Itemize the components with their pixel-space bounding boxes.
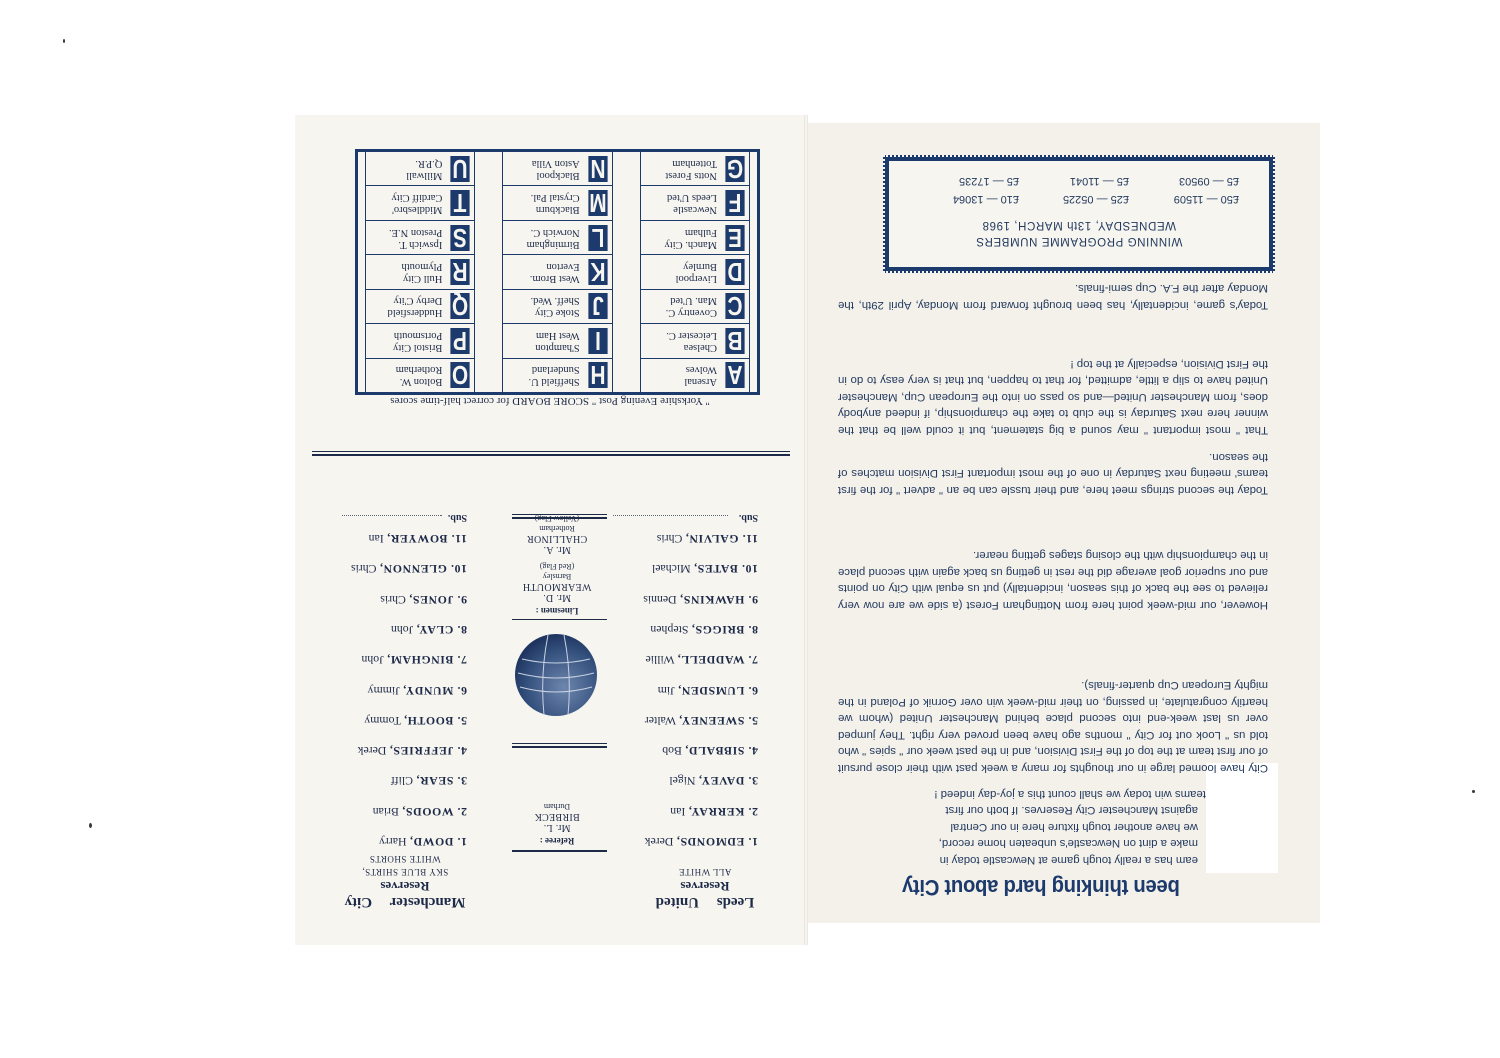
player-surname: 1. DOWD, [409,835,467,849]
player-row: 10. GLENNON, Chris [351,546,467,576]
scoreboard-grid: AArsenalWolvesBChelseaLeicester C.CCoven… [355,149,760,395]
scoreboard-letter: P [451,328,470,354]
home-sub-line [613,515,728,516]
player-first-name: Harry [379,835,409,849]
intro-line: against Manchester City Reserves. If bot… [838,802,1268,819]
scan-speck [63,39,65,43]
referee-label: Referee : [507,836,607,846]
white-sticker-patch [1206,763,1278,873]
player-row: 5. SWEENEY, Walter [643,698,758,728]
away-team-header: Manchester City Reserves SKY BLUE SHIRTS… [330,853,480,910]
scoreboard-cell: IS'hamptonWest Ham [503,323,611,357]
divider [512,743,607,744]
referee-surname: BIRBECK [507,811,607,822]
scoreboard-letter: Q [451,293,470,319]
scoreboard-letter: H [588,362,607,388]
player-row: 10. BATES, Michael [643,546,758,576]
fixture-team: Sheffield U. [529,375,580,387]
scoreboard-fixture: Middlesbro'Cardiff City [391,191,442,215]
player-surname: 1. EDMONDS, [676,835,758,849]
scoreboard-letter: R [451,259,470,285]
fixture-team: Bolton W. [396,375,443,387]
scoreboard-fixture: S'hamptonWest Ham [535,329,579,353]
scoreboard-fixture: Hull CityPlymouth [402,260,443,284]
scoreboard-letter: E [725,225,744,251]
player-row: 8. BRIGGS, Stephen [643,607,758,637]
scoreboard-letter: N [588,156,607,182]
intro-line: make a dint on Newcastle's unbeaten home… [838,835,1268,852]
scan-speck [89,823,92,828]
scoreboard-letter: B [725,328,744,354]
fixture-team: Aston Villa [532,157,580,169]
player-row: 2. WOODS, Brian [351,788,467,818]
fixture-team: Tottenham [665,157,717,169]
player-surname: 9. JONES, [409,593,467,607]
away-lineup: 1. DOWD, Harry2. WOODS, Brian3. SEAR, Cl… [351,516,467,849]
fixture-team: Man. U'ted [666,294,717,306]
scoreboard-cell: JStoke CitySheff. Wed. [503,289,611,323]
fixture-team: Sunderland [529,363,580,375]
scoreboard-fixture: LiverpoolBurnley [676,260,717,284]
headline-text: been thinking hard about City [902,875,1180,900]
scoreboard-fixture: Ipswich T.Preston N.E. [389,226,442,250]
fixture-team: Hull City [402,272,443,284]
player-surname: 4. SIBBALD, [685,744,758,758]
scoreboard-cell: UMillwallQ.P.R. [366,152,474,185]
player-first-name: Chris [380,593,409,607]
fixture-team: Everton [530,260,580,272]
scoreboard-cell: EManch. CityFulham [641,220,749,254]
away-team-name: Manchester City [330,893,480,910]
player-first-name: Michael [652,562,694,576]
fixture-team: Leeds U'ted [667,191,717,203]
player-first-name: John [361,653,386,667]
intro-line: we have another tough fixture here in ou… [838,818,1268,835]
linesman-flag: (Red Flag) [507,561,607,571]
player-surname: 6. LUMSDEN, [678,684,758,698]
player-row: 7. BINGHAM, John [351,637,467,667]
article-paragraph: That " most important " may sound a big … [838,355,1268,438]
linesman-surname: WEARMOUTH [507,581,607,592]
scoreboard-cell: MBlackburnCrystal Pal. [503,185,611,219]
scoreboard-cell: PBristol CityPortsmouth [366,323,474,357]
player-first-name: Derek [645,835,677,849]
away-team-kit: SKY BLUE SHIRTS, [330,866,480,877]
scoreboard-fixture: BlackburnCrystal Pal. [531,191,580,215]
fixture-team: Wolves [684,363,717,375]
scoreboard-fixture: Stoke CitySheff. Wed. [530,294,579,318]
fixture-team: Manch. City [665,238,718,250]
scoreboard-fixture: Sheffield U.Sunderland [529,363,580,387]
fixture-team: Millwall [406,169,442,181]
scoreboard-letter: F [725,190,744,216]
player-surname: 8. BRIGGS, [691,623,758,637]
player-first-name: Stephen [650,623,691,637]
fixture-team: Rotherham [396,363,443,375]
player-first-name: Brian [373,805,402,819]
player-row: 5. BOOTH, Tommy [351,698,467,728]
scoreboard-letter: I [588,328,607,354]
scoreboard-letter: J [588,293,607,319]
scoreboard-cell: NBlackpoolAston Villa [503,152,611,185]
linesmen-label: Linesmen : [507,606,607,616]
scoreboard-cell: AArsenalWolves [641,358,749,392]
fixture-team: Fulham [665,226,718,238]
scoreboard-cell: CCoventry C.Man. U'ted [641,289,749,323]
referee-place: Durham [507,801,607,811]
player-first-name: Ian [670,805,688,819]
home-team-kit: ALL WHITE [630,866,780,877]
fixture-team: Sheff. Wed. [530,294,579,306]
scoreboard-cell: RHull CityPlymouth [366,254,474,288]
player-row: 4. JEFFRIES, Derek [351,728,467,758]
fixture-team: Blackburn [531,203,580,215]
scoreboard-fixture: Bolton W.Rotherham [396,363,443,387]
article-paragraph: Today the second strings meet here, and … [838,448,1268,498]
prize-entry: £25 — 05225 [1019,193,1129,205]
player-surname: 6. MUNDY, [403,684,467,698]
home-team-name: Leeds United [630,893,780,910]
player-first-name: Tommy [364,714,403,728]
fixture-team: Preston N.E. [389,226,442,238]
fixture-team: Stoke City [530,306,579,318]
player-first-name: Cliff [391,774,416,788]
player-surname: 10. GLENNON, [380,562,468,576]
player-surname: 11. BOWYER, [387,532,467,546]
player-row: 7. WADDELL, Willie [643,637,758,667]
player-surname: 5. SWEENEY, [679,714,758,728]
away-team-subtitle: Reserves [330,879,480,893]
player-surname: 2. WOODS, [402,805,467,819]
player-first-name: Derek [358,744,390,758]
scoreboard-fixture: Notts ForestTottenham [665,157,717,181]
fixture-team: West Ham [535,329,579,341]
scoreboard-letter: T [451,190,470,216]
scoreboard-cell: DLiverpoolBurnley [641,254,749,288]
scoreboard-cell: QHuddersfieldDerby C'ity [366,289,474,323]
scoreboard-letter: S [451,225,470,251]
player-row: 4. SIBBALD, Bob [643,728,758,758]
scoreboard-column: HSheffield U.SunderlandIS'hamptonWest Ha… [502,152,612,392]
scoreboard-fixture: Bristol CityPortsmouth [393,329,442,353]
fixture-team: Notts Forest [665,169,717,181]
winning-numbers-box: WINNING PROGRAMME NUMBERS WEDNESDAY, 13t… [883,155,1275,273]
scoreboard-letter: L [588,225,607,251]
away-team-kit: WHITE SHORTS [330,853,480,864]
fixture-team: Burnley [676,260,717,272]
player-row: 1. EDMONDS, Derek [643,819,758,849]
referee-name: Mr. L. [507,822,607,833]
fixture-team: Bristol City [393,341,442,353]
player-row: 3. SEAR, Cliff [351,758,467,788]
scoreboard-letter: K [588,259,607,285]
scoreboard-caption: " Yorkshire Evening Post " SCORE BOARD f… [320,395,780,407]
fixture-team: Q.P.R. [406,157,442,169]
player-first-name: Walter [645,714,679,728]
player-first-name: Ian [369,532,387,546]
divider [512,850,607,852]
player-first-name: Chris [351,562,380,576]
fixture-team: Leicester C. [666,329,717,341]
scoreboard-fixture: NewcastleLeeds U'ted [667,191,717,215]
centre-fold [804,115,808,945]
divider [512,619,607,620]
article-headline: We have been thinking hard about City [860,874,1265,900]
fixture-team: Portsmouth [393,329,442,341]
scoreboard-cell: GNotts ForestTottenham [641,152,749,185]
scoreboard-fixture: Coventry C.Man. U'ted [666,294,717,318]
scoreboard-fixture: West Brom.Everton [530,260,580,284]
winning-numbers-grid: £50 — 11509 £25 — 05225 £10 — 13064 £5 —… [909,175,1239,205]
scoreboard-letter: D [725,259,744,285]
linesman-place: Barnsley [507,571,607,581]
fixture-team: Arsenal [684,375,717,387]
scoreboard-cell: BChelseaLeicester C. [641,323,749,357]
fixture-team: Chelsea [666,341,717,353]
fixture-team: West Brom. [530,272,580,284]
away-sub-line [342,515,442,516]
fixture-team: Newcastle [667,203,717,215]
scoreboard-fixture: BlackpoolAston Villa [532,157,580,181]
fixture-team: Huddersfield [388,306,443,318]
divider [512,746,607,748]
scoreboard-cell: TMiddlesbro'Cardiff City [366,185,474,219]
player-surname: 11. GALVIN, [685,532,758,546]
player-first-name: Bob [662,744,685,758]
scoreboard-cell: OBolton W.Rotherham [366,358,474,392]
player-surname: 10. BATES, [694,562,758,576]
scoreboard-fixture: HuddersfieldDerby C'ity [388,294,443,318]
fixture-team: Liverpool [676,272,717,284]
scoreboard-letter: A [725,362,744,388]
player-first-name: Jimmy [368,684,403,698]
article-paragraph: However, our mid-week point here from No… [838,547,1268,613]
linesmen-block: Linesmen : Mr. D. WEARMOUTH Barnsley (Re… [507,513,607,616]
fixture-team: Norwich C. [527,226,580,238]
player-surname: 5. BOOTH, [404,714,467,728]
divider [512,514,607,515]
scoreboard-fixture: ArsenalWolves [684,363,717,387]
player-row: 9. JONES, Chris [351,576,467,606]
article-paragraph: Today's game, incidentally, has been bro… [838,280,1268,313]
scoreboard-letter: C [725,293,744,319]
linesman-surname: CHALLINOR [507,533,607,544]
player-surname: 9. HAWKINS, [680,593,758,607]
fixture-team: Middlesbro' [391,203,442,215]
scoreboard-letter: U [451,156,470,182]
intro-line: and second teams win today we shall coun… [838,785,1268,802]
fixture-team: Ipswich T. [389,238,442,250]
linesman-name: Mr. D. [507,592,607,603]
linesman-place: Rotherham [507,523,607,533]
divider [312,451,790,452]
prize-entry: £5 — 09503 [1129,175,1239,187]
winning-numbers-title: WINNING PROGRAMME NUMBERS [889,235,1269,247]
scoreboard-letter: G [725,156,744,182]
divider [512,517,607,519]
article-paragraph: City have loomed large in our thoughts f… [838,676,1268,776]
scoreboard-cell: LBirminghamNorwich C. [503,220,611,254]
linesman-name: Mr. A. [507,544,607,555]
player-surname: 7. WADDELL, [677,653,758,667]
scoreboard-fixture: Manch. CityFulham [665,226,718,250]
fixture-team: Cardiff City [391,191,442,203]
fixture-team: Coventry C. [666,306,717,318]
winning-numbers-date: WEDNESDAY, 13th MARCH, 1968 [889,219,1269,231]
player-surname: 2. KERRAY, [688,805,758,819]
prize-entry: £5 — 11041 [1019,175,1129,187]
home-sub-label: Sub. [739,512,758,523]
article-intro: eam has a really tough game at Newcastle… [838,785,1268,868]
home-team-subtitle: Reserves [630,879,780,893]
player-surname: 4. JEFFRIES, [389,744,467,758]
player-first-name: Chris [657,532,686,546]
player-row: 1. DOWD, Harry [351,819,467,849]
fixture-team: Birmingham [527,238,580,250]
prize-entry: £5 — 17235 [909,175,1019,187]
scoreboard-cell: SIpswich T.Preston N.E. [366,220,474,254]
scoreboard-cell: FNewcastleLeeds U'ted [641,185,749,219]
fixture-team: Crystal Pal. [531,191,580,203]
referee-block: Referee : Mr. L. BIRBECK Durham [507,801,607,846]
player-row: 6. LUMSDEN, Jim [643,667,758,697]
scoreboard-fixture: ChelseaLeicester C. [666,329,717,353]
player-surname: 3. SEAR, [416,774,467,788]
home-lineup: 1. EDMONDS, Derek2. KERRAY, Ian3. DAVEY,… [643,516,758,849]
programme-scan-rotated: We have been thinking hard about City ea… [0,0,1500,1058]
player-first-name: Willie [645,653,677,667]
scoreboard-cell: KWest Brom.Everton [503,254,611,288]
player-first-name: John [391,623,416,637]
scoreboard-fixture: BirminghamNorwich C. [527,226,580,250]
fixture-team: Plymouth [402,260,443,272]
player-row: 3. DAVEY, Nigel [643,758,758,788]
fixture-team: Blackpool [532,169,580,181]
player-row: 8. CLAY, John [351,607,467,637]
player-surname: 8. CLAY, [416,623,467,637]
scoreboard-column: AArsenalWolvesBChelseaLeicester C.CCoven… [640,152,750,392]
intro-line: eam has a really tough game at Newcastle… [838,851,1268,868]
scoreboard-column: OBolton W.RotherhamPBristol CityPortsmou… [365,152,475,392]
fixture-team: S'hampton [535,341,579,353]
player-surname: 7. BINGHAM, [387,653,467,667]
prize-entry: £10 — 13064 [909,193,1019,205]
player-first-name: Jim [658,684,678,698]
player-row: 2. KERRAY, Ian [643,788,758,818]
scan-speck [1472,790,1475,793]
player-row: 9. HAWKINS, Dennis [643,576,758,606]
scoreboard-letter: M [588,190,607,216]
divider [312,454,790,456]
fixture-team: Derby C'ity [388,294,443,306]
player-surname: 3. DAVEY, [699,774,759,788]
scoreboard-letter: O [451,362,470,388]
player-row: 6. MUNDY, Jimmy [351,667,467,697]
player-first-name: Nigel [669,774,698,788]
home-team-header: Leeds United Reserves ALL WHITE [630,866,780,910]
football-icon [514,633,598,717]
scoreboard-fixture: MillwallQ.P.R. [406,157,442,181]
scoreboard-cell: HSheffield U.Sunderland [503,358,611,392]
player-first-name: Dennis [643,593,679,607]
prize-entry: £50 — 11509 [1129,193,1239,205]
headline-covered-part: We have [1180,875,1265,900]
away-sub-label: Sub. [448,512,467,523]
